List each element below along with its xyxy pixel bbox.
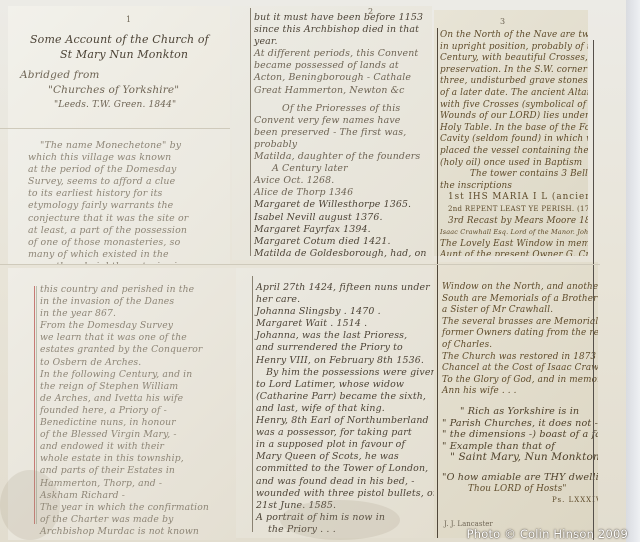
document-title-line-2: St Mary Nun Monkton	[16, 47, 224, 62]
text-line: Archbishop Murdac is not known	[40, 526, 230, 538]
text-line: etymology fairly warrants the	[28, 200, 224, 212]
text-line: and was found dead in his bed, -	[256, 476, 430, 488]
prioress-entry: Matilda, daughter of the founders	[254, 151, 426, 163]
document-title-line-1: Some Account of the Church of	[16, 32, 224, 47]
text-line: April 27th 1424, fifteen nuns under	[256, 282, 430, 294]
water-stain	[0, 470, 60, 540]
text-line: Chancel at the Cost of Isaac Crawhall Es…	[442, 363, 592, 375]
prioress-entry: Margaret Wait . 1514 .	[256, 318, 430, 330]
text-line: to Osbern de Arches.	[40, 357, 230, 369]
text-line: To the Glory of God, and in memory of	[442, 375, 592, 387]
text-line: been preserved - The first was,	[254, 127, 426, 139]
text-line: at least, a part of the possession	[28, 225, 224, 237]
text-line: By him the possessions were given	[256, 367, 430, 379]
text-line: of a later date. The ancient Altar Slab	[440, 88, 582, 100]
text-line: the inscriptions	[440, 181, 582, 193]
text-line: placed the vessel containing the Chrism	[440, 146, 582, 158]
text-line: many of which existed in the	[28, 249, 224, 261]
text-line: but it must have been before 1153	[254, 12, 426, 24]
page-number: 1	[126, 12, 131, 27]
text-line: to its earliest history for its	[28, 188, 224, 200]
text-line: three, undisturbed grave stones of Prior…	[440, 76, 582, 88]
text-line: The tower contains 3 Bells with	[440, 169, 582, 181]
panel-edge	[593, 40, 594, 540]
text-line: of the Blessed Virgin Mary, -	[40, 429, 230, 441]
prioress-entry: Johanna Slingsby . 1470 .	[256, 306, 430, 318]
text-line: Of the Prioresses of this	[254, 103, 426, 115]
text-line: whole estate in this township,	[40, 453, 230, 465]
text-line: At different periods, this Convent	[254, 48, 426, 60]
text-line: Wounds of our LORD) lies under the	[440, 111, 582, 123]
text-line: Askham Richard -	[40, 490, 230, 502]
text-line: "The name Monechetone" by	[28, 140, 224, 152]
text-line: the reign of Stephen William	[40, 381, 230, 393]
text-line: in upright position, probably of the 13t…	[440, 42, 582, 54]
prioresses-panel: 2 but it must have been before 1153 sinc…	[232, 6, 432, 260]
text-line: and parts of their Estates in	[40, 465, 230, 477]
prioress-entry: Matilda de Goldesborough, had, on	[254, 248, 426, 260]
prioress-entry: Avice Oct. 1268.	[254, 175, 426, 187]
prioress-entry: Alice de Thorp 1346	[254, 187, 426, 199]
text-line: The Church was restored in 1873 - the	[442, 352, 592, 364]
text-line: Henry, 8th Earl of Northumberland	[256, 415, 430, 427]
text-line: became possessed of lands at	[254, 60, 426, 72]
title-panel: 1 Some Account of the Church of St Mary …	[8, 6, 230, 128]
text-line: wounded with three pistol bullets, on	[256, 488, 430, 500]
quote-line: " Saint Mary, Nun Monkton."	[442, 452, 592, 464]
text-line: her care.	[256, 294, 430, 306]
prioress-entry: Margaret de Willesthorpe 1365.	[254, 199, 426, 211]
quote-line: " the dimensions -) boast of a fairer	[442, 429, 592, 441]
text-line: Convent very few names have	[254, 115, 426, 127]
text-line: From the Domesday Survey	[40, 320, 230, 332]
text-line: and last, wife of that king.	[256, 403, 430, 415]
margin-rule	[250, 8, 251, 256]
source-label: Abridged from	[16, 68, 224, 83]
text-line: a Sister of Mr Crawhall.	[442, 305, 592, 317]
prioress-entry: Isabel Nevill august 1376.	[254, 212, 426, 224]
text-line: Henry VIII, on February 8th 1536.	[256, 355, 430, 367]
dissolution-panel: April 27th 1424, fifteen nuns under her …	[236, 268, 436, 538]
restoration-panel: Window on the North, and another on the …	[434, 262, 598, 538]
text-line: in a supposed plot in favour of	[256, 439, 430, 451]
text-line: and endowed it with their	[40, 441, 230, 453]
prioress-entry: Margaret Fayrfax 1394.	[254, 224, 426, 236]
text-line: Hammerton, Thorp, and -	[40, 478, 230, 490]
text-line: of Charles.	[442, 340, 592, 352]
page-number: 3	[500, 16, 505, 28]
text-line: with five Crosses (symbolical of the fiv…	[440, 100, 582, 112]
psalm-reference: Ps. LXXXIV	[442, 495, 592, 507]
text-line: since this Archbishop died in that	[254, 24, 426, 36]
text-line: year.	[254, 36, 426, 48]
water-stain	[280, 500, 400, 540]
source-title: "Churches of Yorkshire"	[16, 83, 224, 98]
text-line: Cavity (seldom found) in which was	[440, 134, 582, 146]
text-line: committed to the Tower of London,	[256, 463, 430, 475]
psalm-line: "O how amiable are THY dwellings:	[442, 472, 592, 484]
text-line: of one of those monasteries, so	[28, 237, 224, 249]
text-line: Survey, seems to afford a clue	[28, 176, 224, 188]
text-line: this country and perished in the	[40, 284, 230, 296]
text-line: conjecture that it was the site or	[28, 213, 224, 225]
text-line: of the Charter was made by	[40, 514, 230, 526]
source-publisher: "Leeds. T.W. Green. 1844"	[16, 98, 224, 113]
quote-line: " Parish Churches, it does not - (for	[442, 418, 592, 430]
page-number: 2	[368, 6, 373, 18]
fold-line	[0, 128, 230, 129]
text-line: and surrendered the Priory to	[256, 342, 430, 354]
text-line: Holy Table. In the base of the Font is a	[440, 123, 582, 135]
text-line: The Lovely East Window in memory of an	[440, 239, 582, 251]
text-line: South are Memorials of a Brother and	[442, 294, 592, 306]
text-line: Mary Queen of Scots, he was	[256, 451, 430, 463]
text-line: was a possessor, for taking part	[256, 427, 430, 439]
text-line: preservation. In the S.W. corner of Nave…	[440, 65, 582, 77]
text-line: On the North of the Nave are two grave s…	[440, 30, 582, 42]
text-line: Window on the North, and another on the	[442, 282, 592, 294]
text-line: Benedictine nuns, in honour	[40, 417, 230, 429]
nave-panel: 3 On the North of the Nave are two grave…	[434, 10, 588, 256]
prioress-entry: Margaret Cotum died 1421.	[254, 236, 426, 248]
text-line: (holy oil) once used in Baptism	[440, 158, 582, 170]
intro-panel: "The name Monechetone" by which this vil…	[8, 128, 230, 264]
text-line: in the invasion of the Danes	[40, 296, 230, 308]
text-line: A Century later	[254, 163, 426, 175]
psalm-line: Thou LORD of Hosts"	[442, 484, 592, 496]
text-line: at the period of the Domesday	[28, 164, 224, 176]
text-line: Acton, Beningborough - Cathale	[254, 72, 426, 84]
bell-inscription: 2nd REPENT LEAST YE PERISH. (17th Centur…	[440, 204, 582, 216]
text-line: founded here, a Priory of -	[40, 405, 230, 417]
document-photograph: 1 Some Account of the Church of St Mary …	[0, 0, 640, 542]
text-line: in the year 867.	[40, 308, 230, 320]
wall-background	[626, 0, 640, 542]
text-line: Aunt of the present Owner G. Crawhall Es…	[440, 250, 582, 256]
text-line: Ann his wife . . .	[442, 386, 592, 398]
text-line: former Owners dating from the reign	[442, 328, 592, 340]
panel-divider	[437, 28, 438, 538]
text-line: In the following Century, and in	[40, 369, 230, 381]
text-line: Isaac Crawhall Esq. Lord of the Manor. J…	[440, 227, 582, 239]
text-line: The several brasses are Memorials of	[442, 317, 592, 329]
bell-inscription: 1st IHS MARIA I L (ancient)	[440, 192, 582, 204]
text-line: The year in which the confirmation	[40, 502, 230, 514]
text-line: Johanna, was the last Prioress,	[256, 330, 430, 342]
text-line: probably	[254, 139, 426, 151]
text-line: Century, with beautiful Crosses, in exce…	[440, 53, 582, 65]
bell-inscription: 3rd Recast by Mears Moore 1873	[440, 216, 582, 228]
text-line: estates granted by the Conqueror	[40, 344, 230, 356]
photo-credit: Photo © Colin Hinson 2009	[467, 527, 628, 541]
text-line: (Catharine Parr) became the sixth,	[256, 391, 430, 403]
text-line: to Lord Latimer, whose widow	[256, 379, 430, 391]
text-line: de Arches, and Ivetta his wife	[40, 393, 230, 405]
text-line: we learn that it was one of the	[40, 332, 230, 344]
quote-line: " Rich as Yorkshire is in	[442, 406, 592, 418]
text-line: Great Hammerton, Newton &c	[254, 85, 426, 97]
fold-line	[0, 264, 600, 265]
text-line: which this village was known	[28, 152, 224, 164]
margin-rule	[252, 276, 253, 532]
